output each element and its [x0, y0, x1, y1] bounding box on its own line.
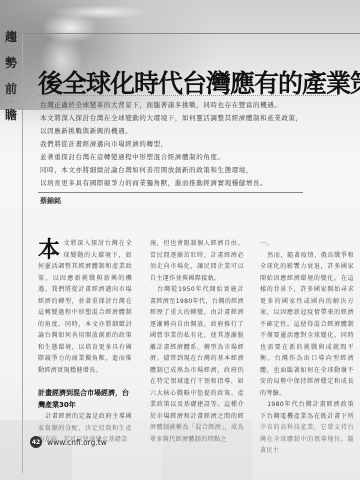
- magazine-page: 趨 · 勢 · 前 · 瞻 後全球化時代台灣應有的產業策略 台灣正處於全球變革的…: [0, 0, 360, 480]
- page-number-badge: 42: [30, 436, 42, 448]
- top-rule: [20, 33, 360, 34]
- section-label: 趨 · 勢 · 前 · 瞻: [4, 30, 18, 122]
- article-body: 本 文將深入探討台灣在全球變動的大環境下，如何靈活調整其經濟體制和產業政策，以因…: [38, 238, 356, 438]
- paragraph: 施，但也會限制個人經濟自由。當民間逐漸茁壯時，計畫經濟必須走向市場化，讓民間企業…: [150, 238, 244, 284]
- column-1: 本 文將深入探討台灣在全球變動的大環境下，如何靈活調整其經濟體制和產業政策，以因…: [38, 238, 132, 446]
- section-label-char: 前: [5, 82, 17, 96]
- section-label-char: 瞻: [5, 108, 17, 122]
- column-2: 施，但也會限制個人經濟自由。當民間逐漸茁壯時，計畫經濟必須走向市場化，讓民間企業…: [150, 238, 244, 445]
- intro-line: 本文將深入探討台灣在全球變動的大環境下，如何靈活調整其經濟體制和產業政策，: [40, 112, 340, 125]
- section-label-dot: ·: [10, 96, 13, 108]
- article-intro: 台灣正處於全球變革的大背景下，面臨著諸多挑戰，同時也存在豐富的機遇。 本文將深入…: [40, 99, 340, 190]
- intro-rule: [38, 192, 303, 193]
- intro-line: 我們將從計畫經濟邁向市場經濟的轉型，: [40, 138, 340, 151]
- intro-line: 以培育更多具有國際競爭力的商業獨角獸，進而推動經濟實現穩健增長。: [40, 177, 340, 190]
- paragraph: 本 文將深入探討台灣在全球變動的大環境下，如何靈活調整其經濟體制和產業政策，以因…: [38, 238, 132, 376]
- drop-cap: 本: [38, 239, 60, 261]
- footer-mosaic-background: [0, 420, 360, 480]
- section-label-dot: ·: [10, 44, 13, 56]
- intro-line: 以因應新挑戰與新興的機遇。: [40, 125, 340, 138]
- page-footer: 42 www.cnfi.org.tw: [30, 436, 107, 448]
- intro-line: 並著重探討台灣在這轉變過程中形塑混合經濟體制的角度。: [40, 151, 340, 164]
- intro-line: 同時，本文亦將細緻討論台灣如何善用開放創新的政策和生態環境，: [40, 164, 340, 177]
- paragraph-text: 文將深入探討台灣在全球變動的大環境下，如何靈活調整其經濟體制和產業政策，以因應新…: [38, 240, 132, 374]
- author-name: 蔡錦銘: [40, 196, 61, 206]
- side-rule: [22, 33, 23, 473]
- title-underline: [38, 95, 338, 96]
- website-link[interactable]: www.cnfi.org.tw: [47, 438, 107, 447]
- intro-line: 台灣正處於全球變革的大背景下，面臨著諸多挑戰，同時也存在豐富的機遇。: [40, 99, 340, 112]
- section-label-dot: ·: [10, 70, 13, 82]
- section-label-char: 勢: [5, 56, 17, 70]
- section-heading: 計畫經濟到混合市場經濟，台灣產業30年: [38, 387, 132, 411]
- section-label-char: 趨: [5, 30, 17, 44]
- paragraph: 一。: [260, 238, 354, 250]
- paragraph: 然而，隨著疫情、俄烏戰爭和全球化的影響力衰退，許多國家開始因應經濟環境的變化。在…: [260, 250, 354, 400]
